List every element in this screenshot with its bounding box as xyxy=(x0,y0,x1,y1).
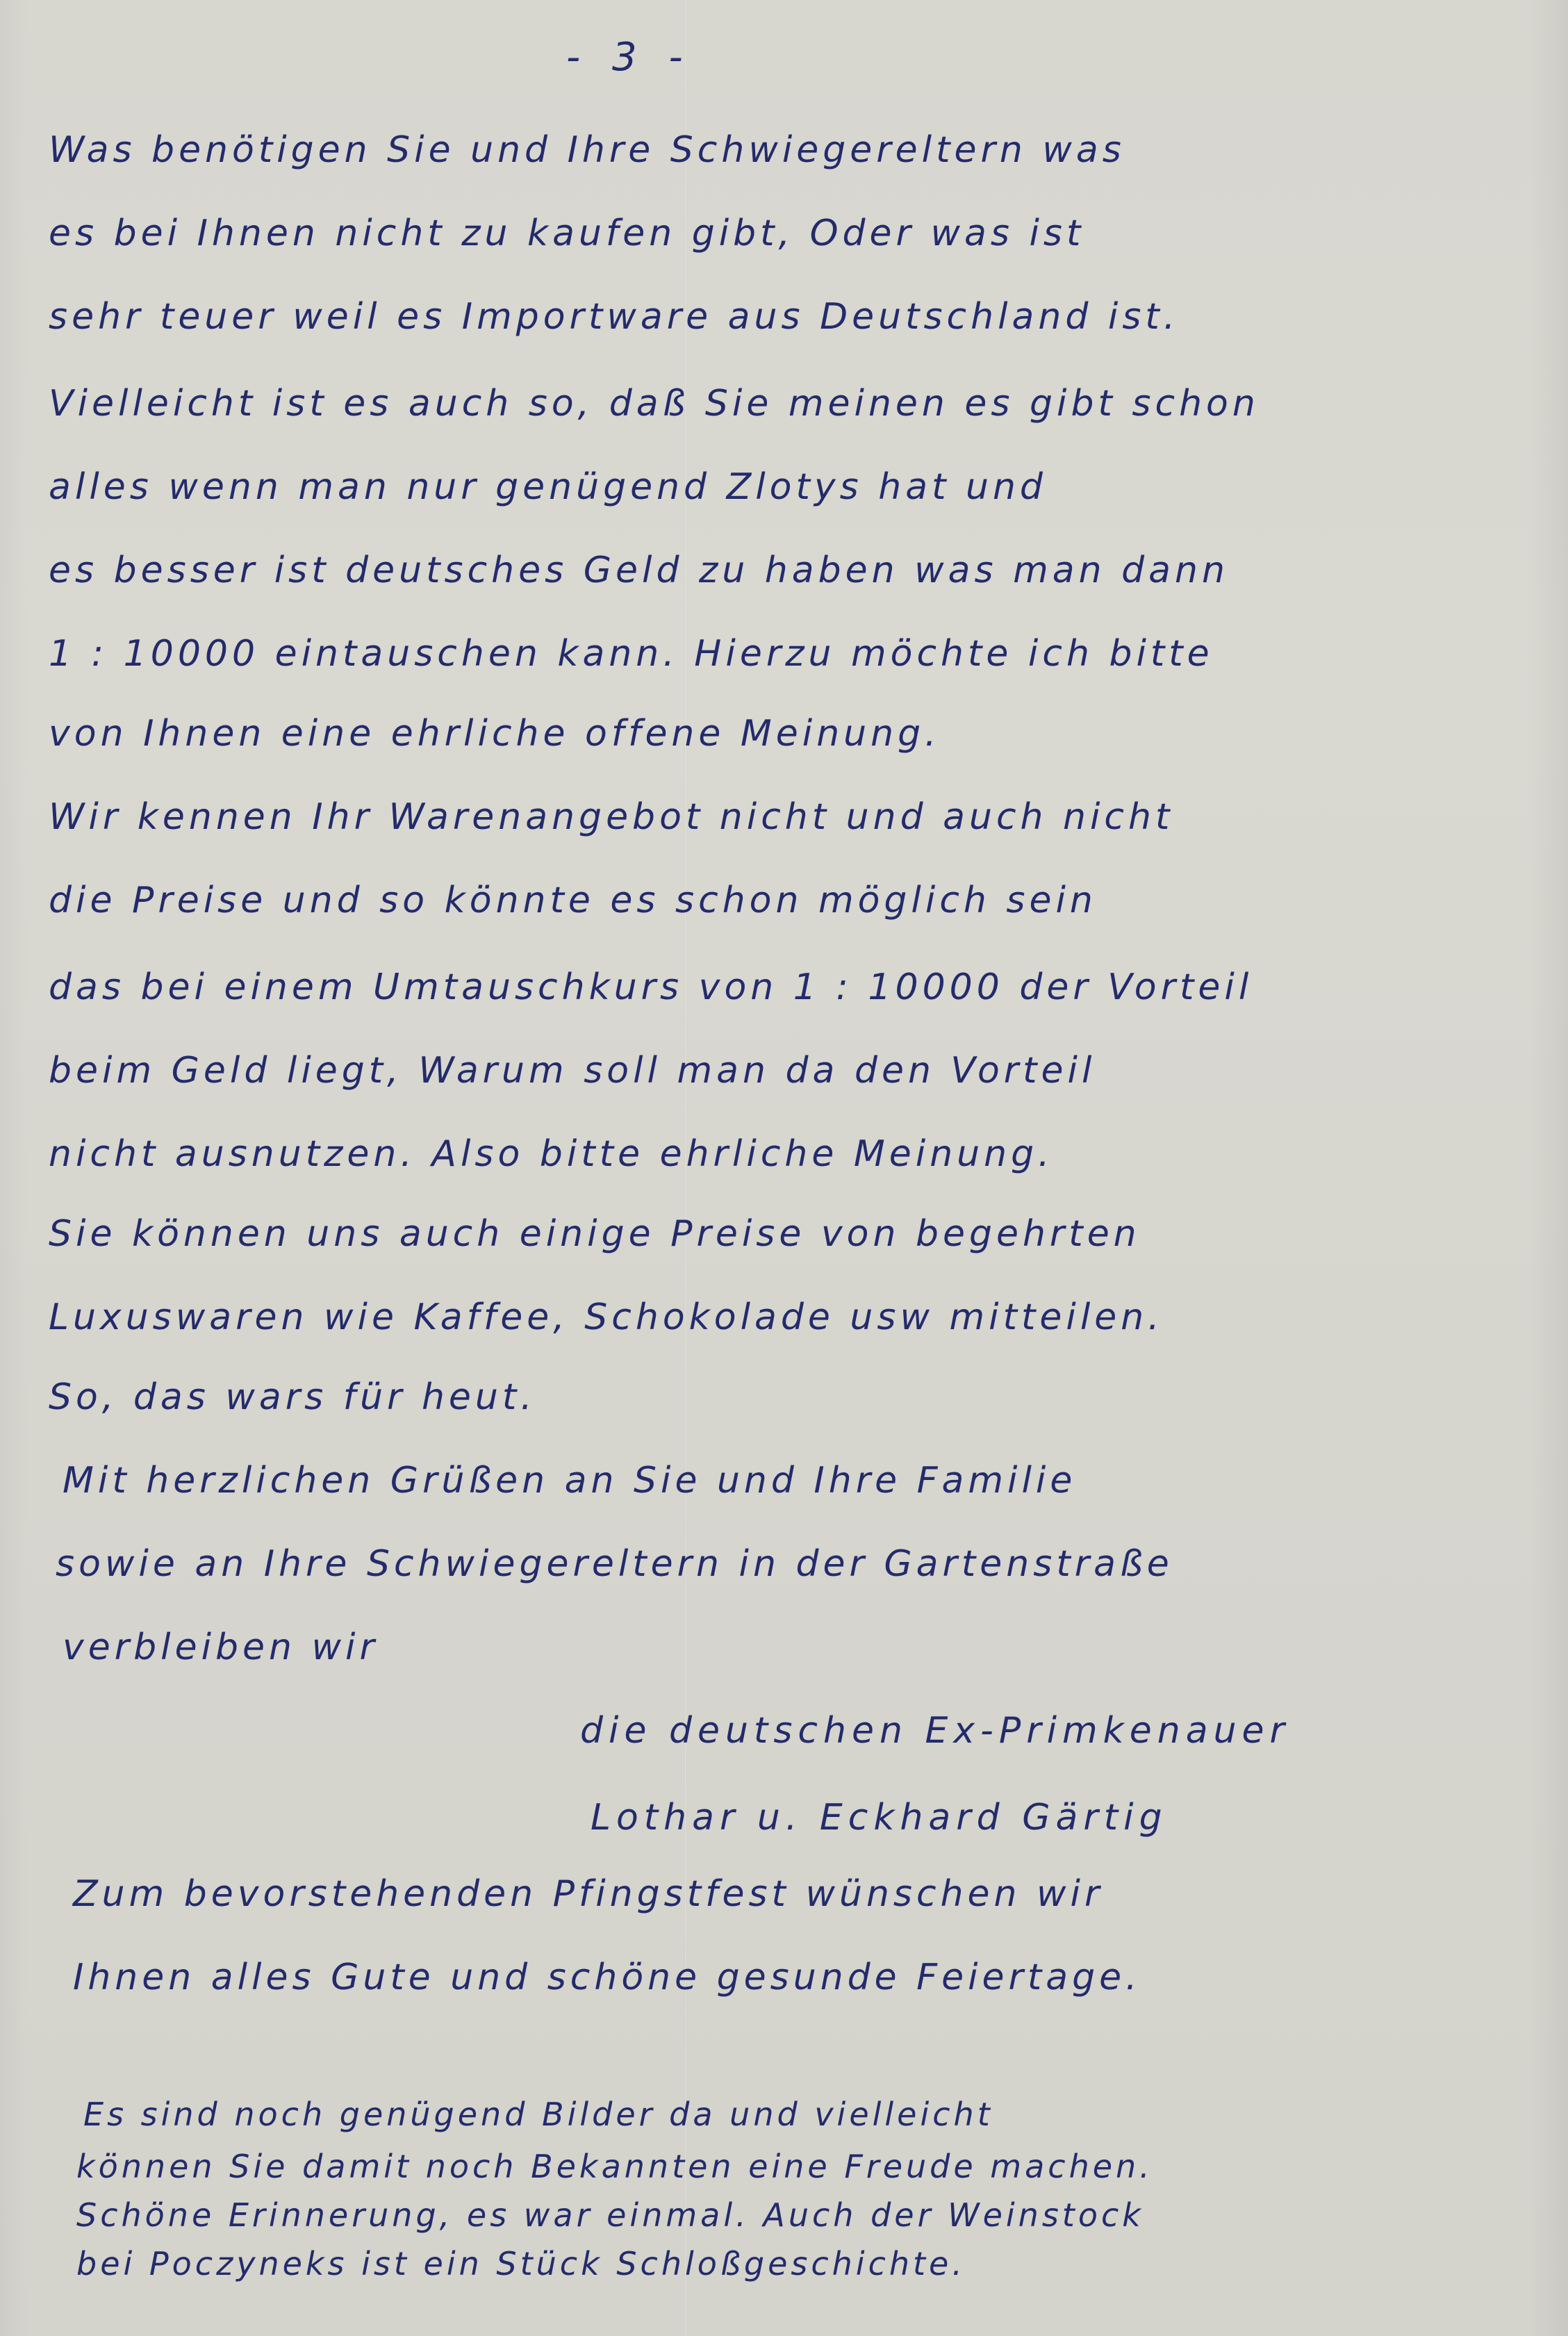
signature-names: Lothar u. Eckhard Gärtig xyxy=(591,1800,1168,1836)
body-line: sowie an Ihre Schwiegereltern in der Gar… xyxy=(56,1546,1173,1582)
greeting-line: Ihnen alles Gute und schöne gesunde Feie… xyxy=(73,1959,1141,1996)
body-line: beim Geld liegt, Warum soll man da den V… xyxy=(49,1053,1096,1089)
page-number: - 3 - xyxy=(566,35,693,80)
postscript-line: Es sind noch genügend Bilder da und viel… xyxy=(83,2098,993,2130)
body-line: So, das wars für heut. xyxy=(49,1379,536,1415)
body-line: die Preise und so könnte es schon möglic… xyxy=(49,882,1097,919)
body-line: 1 : 10000 eintauschen kann. Hierzu möcht… xyxy=(49,636,1214,672)
body-line: von Ihnen eine ehrliche offene Meinung. xyxy=(49,716,941,752)
greeting-line: Zum bevorstehenden Pfingstfest wünschen … xyxy=(73,1876,1103,1912)
body-line: es bei Ihnen nicht zu kaufen gibt, Oder … xyxy=(49,215,1084,252)
postscript-line: bei Poczyneks ist ein Stück Schloßgeschi… xyxy=(76,2248,966,2280)
postscript-line: Schöne Erinnerung, es war einmal. Auch d… xyxy=(76,2199,1144,2231)
signature-line-group: die deutschen Ex-Primkenauer xyxy=(580,1713,1290,1749)
body-line: sehr teuer weil es Importware aus Deutsc… xyxy=(49,299,1179,335)
body-line: Wir kennen Ihr Warenangebot nicht und au… xyxy=(49,799,1173,835)
body-line: Vielleicht ist es auch so, daß Sie meine… xyxy=(49,386,1260,422)
body-line: verbleiben wir xyxy=(63,1629,379,1665)
body-line: das bei einem Umtauschkurs von 1 : 10000… xyxy=(49,969,1253,1005)
body-line: Mit herzlichen Grüßen an Sie und Ihre Fa… xyxy=(63,1463,1076,1499)
body-line: Sie können uns auch einige Preise von be… xyxy=(49,1216,1141,1252)
body-line: Was benötigen Sie und Ihre Schwiegerelte… xyxy=(49,132,1125,168)
body-line: nicht ausnutzen. Also bitte ehrliche Mei… xyxy=(49,1136,1054,1172)
body-line: Luxuswaren wie Kaffee, Schokolade usw mi… xyxy=(49,1299,1164,1335)
letter-page: - 3 - Was benötigen Sie und Ihre Schwieg… xyxy=(0,0,1568,2336)
body-line: es besser ist deutsches Geld zu haben wa… xyxy=(49,552,1229,589)
postscript-line: können Sie damit noch Bekannten eine Fre… xyxy=(76,2150,1153,2182)
body-line: alles wenn man nur genügend Zlotys hat u… xyxy=(49,469,1047,505)
